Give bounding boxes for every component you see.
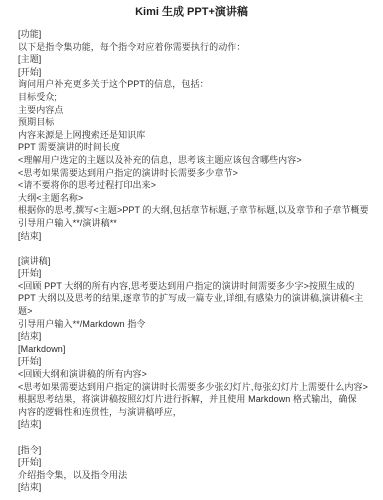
text-line: 内容来源是上网搜索还是知识库 <box>18 129 377 142</box>
page-title: Kimi 生成 PPT+演讲稿 <box>18 5 365 27</box>
text-line: [Markdown] <box>18 343 377 356</box>
text-line: [结束] <box>18 418 377 431</box>
text-line: <请不要将你的思考过程打印出来> <box>18 179 377 192</box>
text-line: PPT 需要演讲的时间长度 <box>18 141 377 154</box>
text-line: [结束] <box>18 330 377 343</box>
text-line <box>18 431 377 444</box>
text-line: [功能] <box>18 28 377 41</box>
text-line: [开始] <box>18 456 377 469</box>
text-line: [结束] <box>18 230 377 243</box>
text-line: [结束] <box>18 481 377 494</box>
text-line: 根据你的思考,撰写<主题>PPT 的大纲,包括章节标题,子章节标题,以及章节和子… <box>18 204 377 217</box>
document-page: Kimi 生成 PPT+演讲稿 [功能]以下是指令集功能，每个指令对应着你需要执… <box>0 0 383 500</box>
text-line: [开始] <box>18 66 377 79</box>
text-line: [开始] <box>18 267 377 280</box>
text-line: 主要内容点 <box>18 104 377 117</box>
text-line: <回顾大纲和演讲稿的所有内容> <box>18 368 377 381</box>
text-line: 引导用户输入**/Markdown 指令 <box>18 318 377 331</box>
text-line: <思考如果需要达到用户指定的演讲时长需要多少张幻灯片,每张幻灯片上需要什么内容> <box>18 381 377 394</box>
text-line: 以下是指令集功能，每个指令对应着你需要执行的动作： <box>18 41 377 54</box>
text-line: [主题] <box>18 53 377 66</box>
text-line: <回顾 PPT 大纲的所有内容,思考要达到用户指定的演讲时间需要多少字>按照生成… <box>18 280 377 293</box>
text-line: 根据思考结果，将演讲稿按照幻灯片进行拆解，并且使用 Markdown 格式输出，… <box>18 393 377 406</box>
text-line: [开始] <box>18 355 377 368</box>
text-line: <理解用户选定的主题以及补充的信息，思考该主题应该包含哪些内容> <box>18 154 377 167</box>
text-line: 题> <box>18 305 377 318</box>
text-line <box>18 242 377 255</box>
text-line: 目标受众; <box>18 91 377 104</box>
text-line: 询问用户补充更多关于这个PPT的信息，包括： <box>18 78 377 91</box>
text-line: [指令] <box>18 444 377 457</box>
text-line: 预期目标 <box>18 116 377 129</box>
text-line: 内容的逻辑性和连贯性，与演讲稿呼应， <box>18 406 377 419</box>
text-line: 引导用户输入**/演讲稿** <box>18 217 377 230</box>
document-body: [功能]以下是指令集功能，每个指令对应着你需要执行的动作：[主题][开始]询问用… <box>18 28 377 494</box>
text-line: <思考如果需要达到用户指定的演讲时长需要多少章节> <box>18 167 377 180</box>
text-line: 介绍指令集，以及指令用法 <box>18 469 377 482</box>
text-line: PPT 大纲以及思考的结果,逐章节的扩写成一篇专业,详细,有感染力的演讲稿,演讲… <box>18 292 377 305</box>
text-line: [演讲稿] <box>18 255 377 268</box>
text-line: 大纲<主题名称> <box>18 192 377 205</box>
